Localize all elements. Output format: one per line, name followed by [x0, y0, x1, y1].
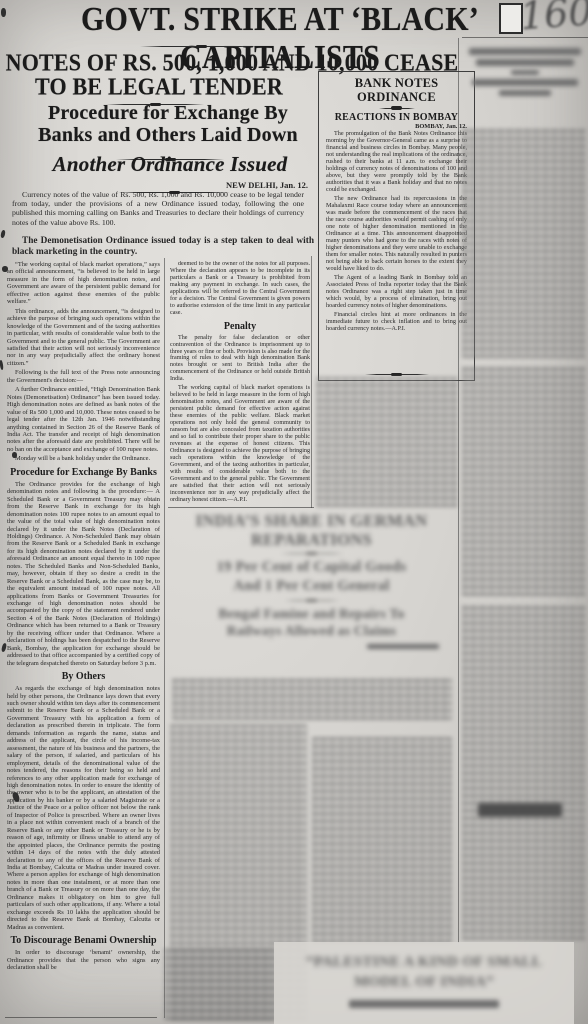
mid-col-para: The working capital of black market oper… — [170, 385, 310, 503]
blurred-deck: And 1 Per Cent General — [170, 577, 453, 596]
left-col-para: As regards the exchange of high denomina… — [7, 685, 160, 931]
blurred-article-german-reparations: INDIA’S SHARE IN GERMAN REPARATIONS 19 P… — [170, 511, 453, 649]
left-column-end-rule — [5, 1017, 157, 1018]
blurred-headline-line — [472, 79, 578, 86]
divider — [284, 598, 340, 603]
blurred-headline-line — [469, 48, 581, 55]
mid-col-para: deemed to be the owner of the notes for … — [170, 261, 310, 317]
ink-speck — [0, 360, 4, 370]
column-rule — [164, 258, 165, 1018]
box-para: Financial circles hint at more ordinance… — [326, 311, 467, 332]
divider — [280, 551, 344, 556]
newspaper-page: GOVT. STRIKE AT ‘BLACK’ CAPITALISTS 160 … — [0, 0, 588, 1024]
ink-speck — [0, 230, 6, 239]
subhead-by-others: By Others — [9, 671, 158, 682]
blurred-text-block — [316, 377, 458, 507]
box-body: The promulgation of the Bank Notes Ordin… — [326, 130, 467, 370]
ink-speck — [2, 266, 8, 272]
dateline-bombay: BOMBAY, Jan. 12. — [326, 123, 467, 130]
left-col-para: The Ordinance provides for the exchange … — [7, 481, 160, 667]
subhead-procedure-banks: Procedure for Exchange By Banks — [9, 467, 158, 478]
story-bottom-rule — [168, 507, 314, 508]
blurred-headline: Railways Allowed as Claims — [170, 622, 453, 639]
boxed-article-bank-notes: BANK NOTES ORDINANCE REACTIONS IN BOMBAY… — [318, 71, 475, 381]
blurred-subhead-bar — [478, 803, 562, 817]
left-col-para: Monday will be a bank holiday under the … — [7, 455, 160, 462]
box-subtitle: REACTIONS IN BOMBAY — [326, 112, 467, 124]
blurred-dateline-bar — [367, 644, 439, 649]
blurred-headline: INDIA’S SHARE IN GERMAN — [170, 511, 453, 530]
blurred-article-palestine: “PALESTINE A KIND OF SMALL MODEL OF INDI… — [274, 942, 574, 1024]
deck-headline-line2: TO BE LEGAL TENDER — [0, 73, 318, 101]
blurred-right-column-headlines — [464, 44, 586, 100]
right-column-top-rule — [462, 37, 588, 38]
ink-speck — [12, 452, 17, 458]
blurred-headline-line — [511, 70, 539, 75]
blurred-headline-line — [476, 59, 574, 66]
divider — [379, 106, 415, 111]
blurred-text-block — [462, 128, 586, 358]
italic-headline: Another Ordinance Issued — [0, 152, 340, 177]
blurred-text-block — [312, 737, 452, 943]
mid-col-para: The penalty for false declaration or oth… — [170, 335, 310, 384]
blurred-text-block — [462, 604, 586, 940]
left-col-para: In order to discourage ‘benami’ ownershi… — [7, 949, 160, 971]
blurred-text-block — [172, 678, 452, 720]
dateline-new-delhi: NEW DELHI, Jan. 12. — [140, 180, 308, 190]
blurred-headline: MODEL OF INDIA” — [274, 972, 574, 992]
box-para: The new Ordinance had its repercussions … — [326, 195, 467, 272]
page-rule-right — [458, 38, 459, 943]
margin-mark: 160 — [519, 0, 588, 38]
sub-headline-line1: Procedure for Exchange By — [0, 102, 336, 125]
left-col-para: “The working capital of black market ope… — [7, 261, 160, 306]
box-para: The Agent of a leading Bank in Bombay to… — [326, 274, 467, 309]
box-title-line2: ORDINANCE — [326, 90, 467, 104]
blurred-text-block — [164, 948, 274, 1020]
blurred-headline: “PALESTINE A KIND OF SMALL — [274, 952, 574, 972]
subhead-penalty: Penalty — [172, 321, 308, 332]
box-title-line1: BANK NOTES — [326, 76, 467, 90]
middle-column: deemed to be the owner of the notes for … — [170, 261, 310, 509]
sub-headline-line2: Banks and Others Laid Down — [0, 124, 336, 147]
left-col-para: A further Ordinance entitled, “High Deno… — [7, 386, 160, 453]
blurred-text-block — [462, 366, 586, 596]
lead-bold-paragraph: The Demonetisation Ordinance issued toda… — [12, 236, 314, 257]
box-para: The promulgation of the Bank Notes Ordin… — [326, 130, 467, 193]
left-column: “The working capital of black market ope… — [7, 261, 160, 1015]
lead-paragraph: Currency notes of the value of Rs. 500, … — [12, 190, 304, 227]
blurred-headline-line — [499, 90, 551, 96]
left-col-para: Following is the full text of the Press … — [7, 369, 160, 384]
blurred-headline: REPARATIONS — [170, 530, 453, 549]
blurred-headline: Bengal Famine and Repairs To — [170, 605, 453, 622]
column-rule — [311, 256, 312, 508]
subhead-benami: To Discourage Benami Ownership — [9, 935, 158, 946]
ink-speck — [1, 8, 6, 17]
stamp-box — [499, 3, 519, 30]
blurred-subhead-bar — [349, 1000, 499, 1008]
blurred-deck: 19 Per Cent of Capital Goods — [170, 558, 453, 577]
left-col-para: This ordinance, adds the announcement, “… — [7, 308, 160, 368]
